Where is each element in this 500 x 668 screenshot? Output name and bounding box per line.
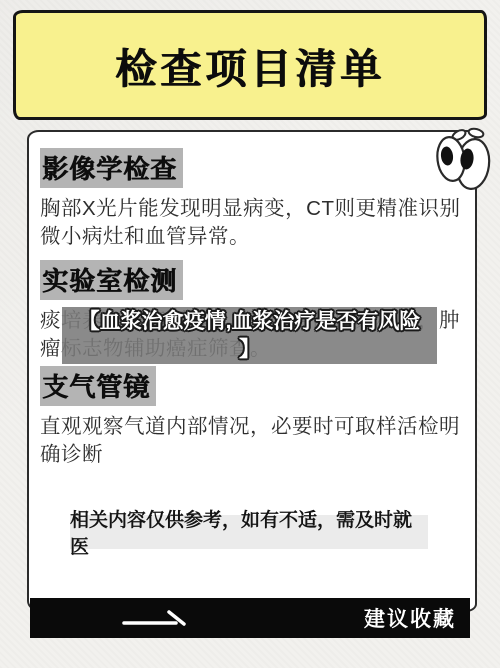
section-bronchoscopy-title: 支气管镜 — [40, 366, 156, 406]
section-imaging: 影像学检查 胸部X光片能发现明显病变，CT则更精准识别微小病灶和血管异常。 — [40, 148, 462, 252]
footer-bar: 建议收藏 — [30, 598, 470, 638]
watermark-text: 【血浆治愈疫情,血浆治疗是否有风险 】 — [79, 308, 421, 363]
section-laboratory-title: 实验室检测 — [40, 260, 183, 300]
disclaimer-text: 相关内容仅供参考，如有不适，需及时就医 — [70, 505, 428, 559]
section-imaging-body: 胸部X光片能发现明显病变，CT则更精准识别微小病灶和血管异常。 — [40, 195, 462, 252]
disclaimer-box: 相关内容仅供参考，如有不适，需及时就医 — [70, 515, 428, 549]
section-imaging-title: 影像学检查 — [40, 148, 183, 188]
page-title: 检查项目清单 — [115, 36, 385, 95]
section-bronchoscopy: 支气管镜 直观观察气道内部情况，必要时可取样活检明确诊断 — [40, 366, 462, 470]
googly-eyes-icon — [433, 126, 497, 201]
content-card: 影像学检查 胸部X光片能发现明显病变，CT则更精准识别微小病灶和血管异常。 实验… — [27, 130, 477, 612]
infographic-poster: 检查项目清单 影像学检查 胸部X光片能发现明显病变，CT则更精准识别微小病灶和血… — [0, 0, 500, 668]
header-banner: 检查项目清单 — [13, 10, 487, 120]
section-bronchoscopy-body: 直观观察气道内部情况，必要时可取样活检明确诊断 — [40, 413, 462, 470]
footer-save-label: 建议收藏 — [364, 598, 456, 638]
watermark-overlay: 【血浆治愈疫情,血浆治疗是否有风险 】 — [62, 307, 437, 364]
swoosh-arrow-icon — [120, 606, 196, 635]
